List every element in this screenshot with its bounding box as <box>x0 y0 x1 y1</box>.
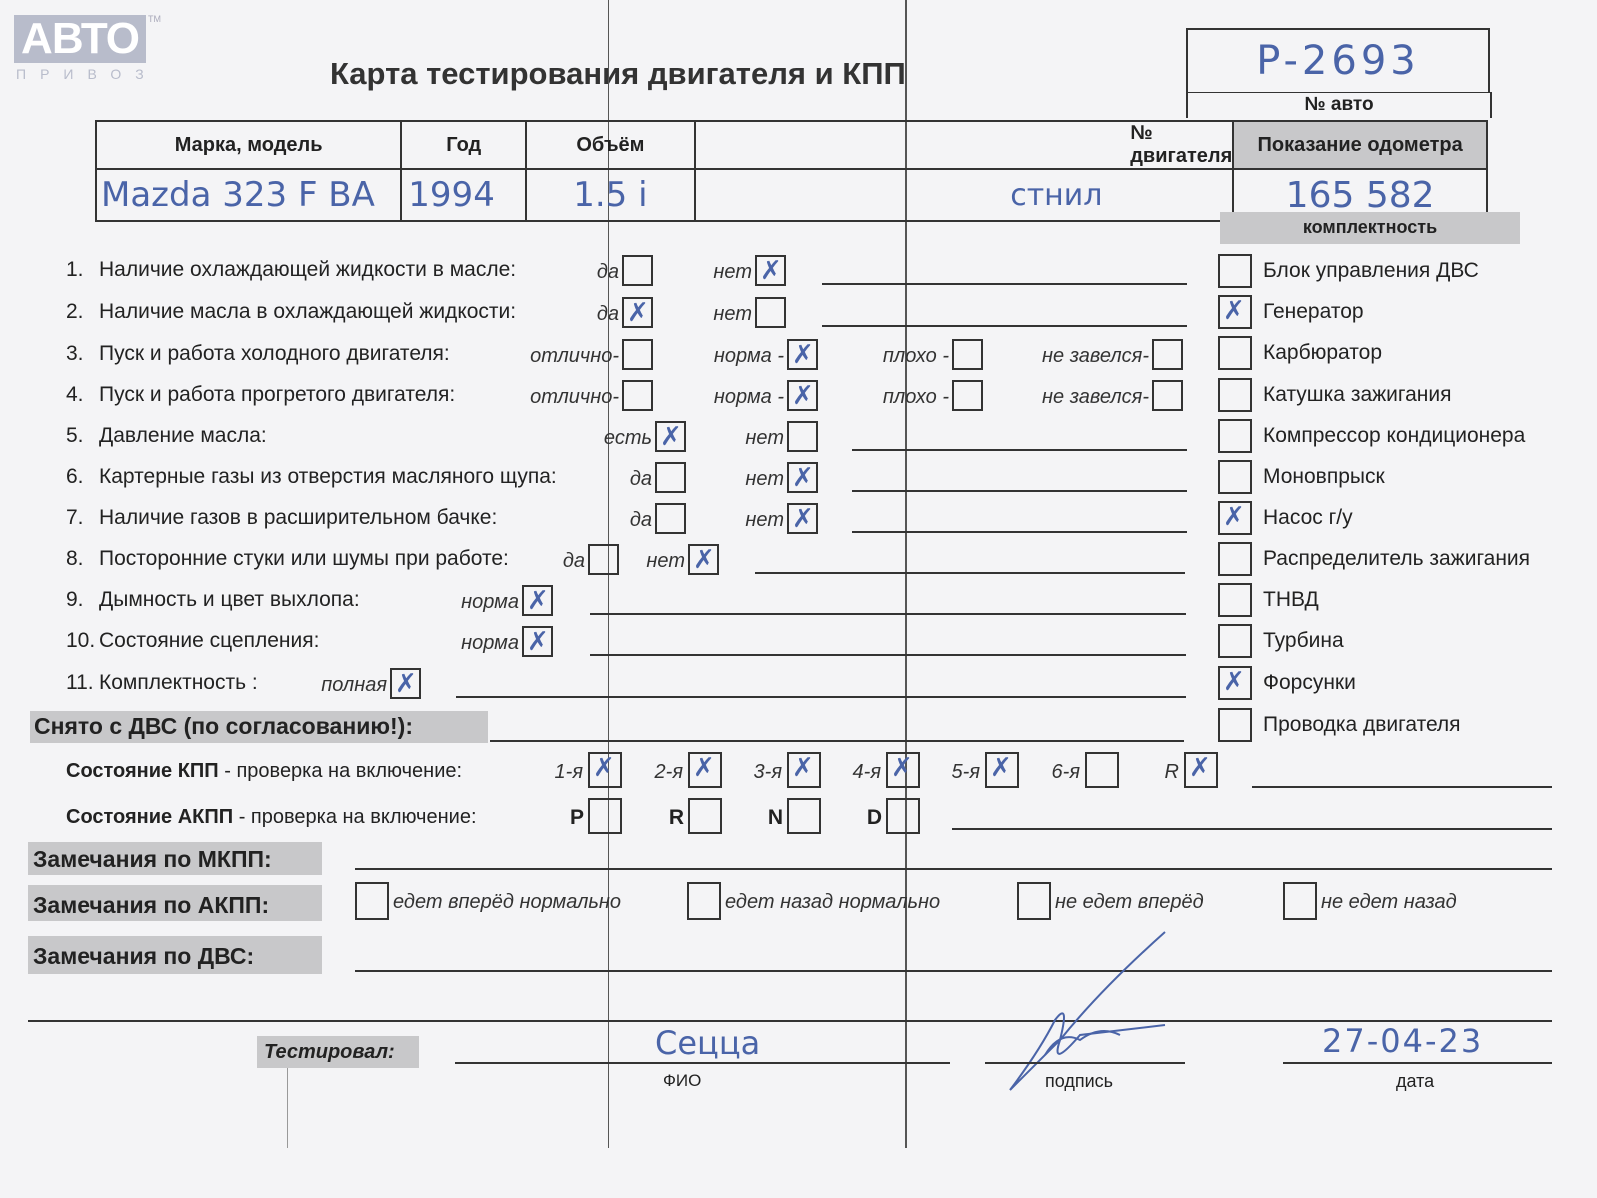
checklist-note-line[interactable] <box>852 449 1187 451</box>
checklist-checkbox[interactable] <box>952 380 983 411</box>
akpp-remark-checkbox[interactable] <box>1017 882 1051 920</box>
checklist-checkbox[interactable] <box>655 503 686 534</box>
kpp-gear-checkbox[interactable]: ✗ <box>688 752 722 788</box>
checklist-checkbox[interactable]: ✗ <box>390 668 421 699</box>
checklist-number: 5. <box>66 424 84 448</box>
checklist-option-label: да <box>630 509 652 532</box>
checklist-option-label: нет <box>745 509 784 532</box>
check-mark-icon: ✗ <box>891 752 913 782</box>
date-value[interactable]: 27-04-23 <box>1322 1022 1483 1060</box>
name-line <box>455 1062 950 1064</box>
vehicle-info-table: Марка, модель Год Объём № двигателя Пока… <box>95 120 1488 222</box>
check-mark-icon: ✗ <box>527 585 549 615</box>
checklist-option-label: нет <box>745 468 784 491</box>
completeness-item-label: Насос г/у <box>1263 506 1353 530</box>
check-mark-icon: ✗ <box>1223 666 1245 696</box>
akpp-remark-checkbox[interactable] <box>1283 882 1317 920</box>
akpp-remark-label: едет вперёд нормально <box>393 891 621 914</box>
checklist-checkbox[interactable]: ✗ <box>622 297 653 328</box>
checklist-checkbox[interactable]: ✗ <box>522 585 553 616</box>
completeness-item-label: Блок управления ДВС <box>1263 259 1479 283</box>
completeness-checkbox[interactable] <box>1218 336 1252 370</box>
checklist-number: 2. <box>66 300 84 324</box>
checklist-checkbox[interactable]: ✗ <box>522 626 553 657</box>
checklist-option-label: да <box>630 468 652 491</box>
checklist-checkbox[interactable]: ✗ <box>787 380 818 411</box>
checklist-checkbox[interactable] <box>622 339 653 370</box>
checklist-option-label: полная <box>321 674 387 697</box>
checklist-option-label: отлично- <box>530 386 619 409</box>
checklist-number: 6. <box>66 465 84 489</box>
logo-tm: TM <box>148 14 161 24</box>
checklist-number: 10. <box>66 629 95 653</box>
car-number-box: P-2693 <box>1186 28 1490 93</box>
completeness-checkbox[interactable] <box>1218 254 1252 288</box>
akpp-gear-label: R <box>669 806 684 830</box>
kpp-gear-checkbox[interactable] <box>1085 752 1119 788</box>
removed-label: Снято с ДВС (по согласованию!): <box>34 713 413 740</box>
checklist-option-label: да <box>563 550 585 573</box>
completeness-checkbox[interactable] <box>1218 460 1252 494</box>
completeness-item-label: Генератор <box>1263 300 1364 324</box>
remarks-akpp-label: Замечания по АКПП: <box>33 892 269 919</box>
kpp-gear-label: 5-я <box>952 761 980 784</box>
completeness-item-label: Компрессор кондиционера <box>1263 424 1525 448</box>
check-mark-icon: ✗ <box>792 380 814 410</box>
completeness-checkbox[interactable] <box>1218 624 1252 658</box>
checklist-note-line[interactable] <box>590 654 1186 656</box>
checklist-checkbox[interactable] <box>787 421 818 452</box>
checklist-note-line[interactable] <box>755 572 1185 574</box>
checklist-checkbox[interactable]: ✗ <box>787 503 818 534</box>
signature-line <box>985 1062 1185 1064</box>
checklist-checkbox[interactable]: ✗ <box>755 255 786 286</box>
completeness-item-label: Карбюратор <box>1263 341 1382 365</box>
checklist-number: 9. <box>66 588 84 612</box>
checklist-note-line[interactable] <box>456 696 1186 698</box>
check-mark-icon: ✗ <box>792 752 814 782</box>
checklist-note-line[interactable] <box>590 613 1186 615</box>
checklist-checkbox[interactable] <box>1152 380 1183 411</box>
checklist-note-line[interactable] <box>822 325 1187 327</box>
checklist-note-line[interactable] <box>822 283 1187 285</box>
kpp-label: Состояние КПП - проверка на включение: <box>66 760 462 783</box>
checklist-number: 1. <box>66 258 84 282</box>
col-engine-number: № двигателя <box>1000 121 1233 169</box>
date-line <box>1283 1062 1552 1064</box>
akpp-gear-label: N <box>768 806 783 830</box>
akpp-gear-checkbox[interactable] <box>588 798 622 834</box>
checklist-option-label: да <box>597 261 619 284</box>
completeness-item-label: Катушка зажигания <box>1263 383 1451 407</box>
name-caption: ФИО <box>663 1071 701 1091</box>
completeness-checkbox[interactable] <box>1218 419 1252 453</box>
checklist-question: Пуск и работа прогретого двигателя: <box>99 383 455 407</box>
checklist-option-label: нет <box>713 303 752 326</box>
checklist-question: Наличие охлаждающей жидкости в масле: <box>99 258 516 282</box>
kpp-gear-checkbox[interactable]: ✗ <box>588 752 622 788</box>
checklist-question: Наличие масла в охлаждающей жидкости: <box>99 300 516 324</box>
akpp-gear-label: P <box>570 806 584 830</box>
col-odometer: Показание одометра <box>1233 121 1487 169</box>
checklist-question: Посторонние стуки или шумы при работе: <box>99 547 509 571</box>
year-value[interactable]: 1994 <box>401 169 526 221</box>
check-mark-icon: ✗ <box>792 339 814 369</box>
kpp-gear-label: 3-я <box>754 761 782 784</box>
checklist-number: 4. <box>66 383 84 407</box>
completeness-checkbox[interactable] <box>1218 708 1252 742</box>
akpp-gear-checkbox[interactable] <box>688 798 722 834</box>
checklist-option-label: не завелся- <box>1042 386 1149 409</box>
completeness-checkbox[interactable]: ✗ <box>1218 666 1252 700</box>
removed-line[interactable] <box>490 740 1184 742</box>
akpp-remark-label: не едет вперёд <box>1055 891 1204 914</box>
col-empty <box>695 121 1001 169</box>
completeness-item-label: Моновпрыск <box>1263 465 1385 489</box>
akpp-remark-checkbox[interactable] <box>687 882 721 920</box>
check-mark-icon: ✗ <box>1223 501 1245 531</box>
check-mark-icon: ✗ <box>792 462 814 492</box>
checklist-option-label: норма <box>461 591 519 614</box>
signature-caption: подпись <box>1045 1071 1113 1092</box>
completeness-checkbox[interactable] <box>1218 542 1252 576</box>
completeness-checkbox[interactable] <box>1218 583 1252 617</box>
checklist-option-label: не завелся- <box>1042 345 1149 368</box>
checklist-question: Пуск и работа холодного двигателя: <box>99 342 450 366</box>
remarks-mkpp-line[interactable] <box>355 868 1552 870</box>
completeness-item-label: Распределитель зажигания <box>1263 547 1530 571</box>
checklist-option-label: норма <box>461 632 519 655</box>
page-title: Карта тестирования двигателя и КПП <box>330 56 906 92</box>
akpp-line[interactable] <box>952 828 1552 830</box>
completeness-title: комплектность <box>1220 217 1520 238</box>
akpp-gear-checkbox[interactable] <box>886 798 920 834</box>
car-number-label: № авто <box>1186 92 1492 118</box>
check-mark-icon: ✗ <box>693 752 715 782</box>
col-volume: Объём <box>526 121 694 169</box>
checklist-option-label: нет <box>745 427 784 450</box>
completeness-item-label: Форсунки <box>1263 671 1356 695</box>
akpp-remark-label: не едет назад <box>1321 891 1457 914</box>
checklist-option-label: плохо - <box>883 386 949 409</box>
checklist-option-label: плохо - <box>883 345 949 368</box>
kpp-gear-label: 6-я <box>1052 761 1080 784</box>
checklist-question: Состояние сцепления: <box>99 629 319 653</box>
kpp-gear-checkbox[interactable]: ✗ <box>886 752 920 788</box>
make-model-value[interactable]: Mazda 323 F BA <box>96 169 401 221</box>
date-caption: дата <box>1396 1071 1434 1092</box>
check-mark-icon: ✗ <box>792 503 814 533</box>
checklist-question: Комплектность : <box>99 671 258 695</box>
checklist-note-line[interactable] <box>852 531 1187 533</box>
checklist-checkbox[interactable]: ✗ <box>688 544 719 575</box>
kpp-gear-checkbox[interactable]: ✗ <box>787 752 821 788</box>
completeness-checkbox[interactable]: ✗ <box>1218 501 1252 535</box>
check-mark-icon: ✗ <box>990 752 1012 782</box>
completeness-item-label: Турбина <box>1263 629 1344 653</box>
checklist-option-label: норма - <box>714 386 784 409</box>
checklist-checkbox[interactable] <box>622 380 653 411</box>
check-mark-icon: ✗ <box>395 668 417 698</box>
checklist-number: 7. <box>66 506 84 530</box>
completeness-checkbox[interactable]: ✗ <box>1218 295 1252 329</box>
checklist-option-label: есть <box>604 427 652 450</box>
kpp-gear-label: 4-я <box>853 761 881 784</box>
checklist-question: Картерные газы из отверстия масляного щу… <box>99 465 557 489</box>
checklist-number: 11. <box>66 671 94 695</box>
completeness-checkbox[interactable] <box>1218 378 1252 412</box>
checklist-checkbox[interactable] <box>1152 339 1183 370</box>
akpp-remark-checkbox[interactable] <box>355 882 389 920</box>
completeness-item-label: Проводка двигателя <box>1263 713 1461 737</box>
akpp-gear-checkbox[interactable] <box>787 798 821 834</box>
akpp-remark-label: едет назад нормально <box>725 891 940 914</box>
col-year: Год <box>401 121 526 169</box>
akpp-label: Состояние АКПП - проверка на включение: <box>66 806 477 829</box>
checklist-question: Дымность и цвет выхлопа: <box>99 588 360 612</box>
tested-by-label: Тестировал: <box>264 1041 395 1064</box>
checklist-option-label: нет <box>713 261 752 284</box>
kpp-line[interactable] <box>1252 786 1552 788</box>
kpp-gear-checkbox[interactable]: ✗ <box>1184 752 1218 788</box>
check-mark-icon: ✗ <box>1223 295 1245 325</box>
checklist-note-line[interactable] <box>852 490 1187 492</box>
logo-subtitle: ПРИВОЗ <box>16 66 158 82</box>
checklist-checkbox[interactable]: ✗ <box>787 339 818 370</box>
volume-value[interactable]: 1.5 i <box>526 169 694 221</box>
engine-number-value[interactable]: стнил <box>1000 169 1233 221</box>
logo: АВТО <box>14 15 146 63</box>
checklist-checkbox[interactable] <box>588 544 619 575</box>
kpp-gear-checkbox[interactable]: ✗ <box>985 752 1019 788</box>
remarks-dvs-line[interactable] <box>355 970 1552 972</box>
check-mark-icon: ✗ <box>1189 752 1211 782</box>
checklist-checkbox[interactable] <box>755 297 786 328</box>
check-mark-icon: ✗ <box>527 626 549 656</box>
remarks-dvs-label: Замечания по ДВС: <box>33 943 254 970</box>
kpp-gear-label: 2-я <box>655 761 683 784</box>
check-mark-icon: ✗ <box>760 255 782 285</box>
empty-value <box>695 169 1001 221</box>
check-mark-icon: ✗ <box>660 421 682 451</box>
checklist-checkbox[interactable]: ✗ <box>655 421 686 452</box>
checklist-checkbox[interactable] <box>655 462 686 493</box>
kpp-gear-label: 1-я <box>555 761 583 784</box>
col-make-model: Марка, модель <box>96 121 401 169</box>
checklist-number: 8. <box>66 547 84 571</box>
checklist-option-label: норма - <box>714 345 784 368</box>
car-number-value[interactable]: P-2693 <box>1188 30 1488 92</box>
checklist-option-label: нет <box>646 550 685 573</box>
akpp-gear-label: D <box>867 806 882 830</box>
tester-name-value[interactable]: Сецца <box>655 1024 760 1062</box>
checklist-checkbox[interactable] <box>952 339 983 370</box>
remarks-mkpp-label: Замечания по МКПП: <box>33 846 272 873</box>
completeness-item-label: ТНВД <box>1263 588 1319 612</box>
checklist-checkbox[interactable] <box>622 255 653 286</box>
check-mark-icon: ✗ <box>627 297 649 327</box>
checklist-number: 3. <box>66 342 84 366</box>
checklist-checkbox[interactable]: ✗ <box>787 462 818 493</box>
kpp-gear-label: R <box>1165 761 1179 784</box>
check-mark-icon: ✗ <box>593 752 615 782</box>
check-mark-icon: ✗ <box>693 544 715 574</box>
checklist-question: Наличие газов в расширительном бачке: <box>99 506 497 530</box>
checklist-option-label: отлично- <box>530 345 619 368</box>
checklist-question: Давление масла: <box>99 424 267 448</box>
checklist-option-label: да <box>597 303 619 326</box>
